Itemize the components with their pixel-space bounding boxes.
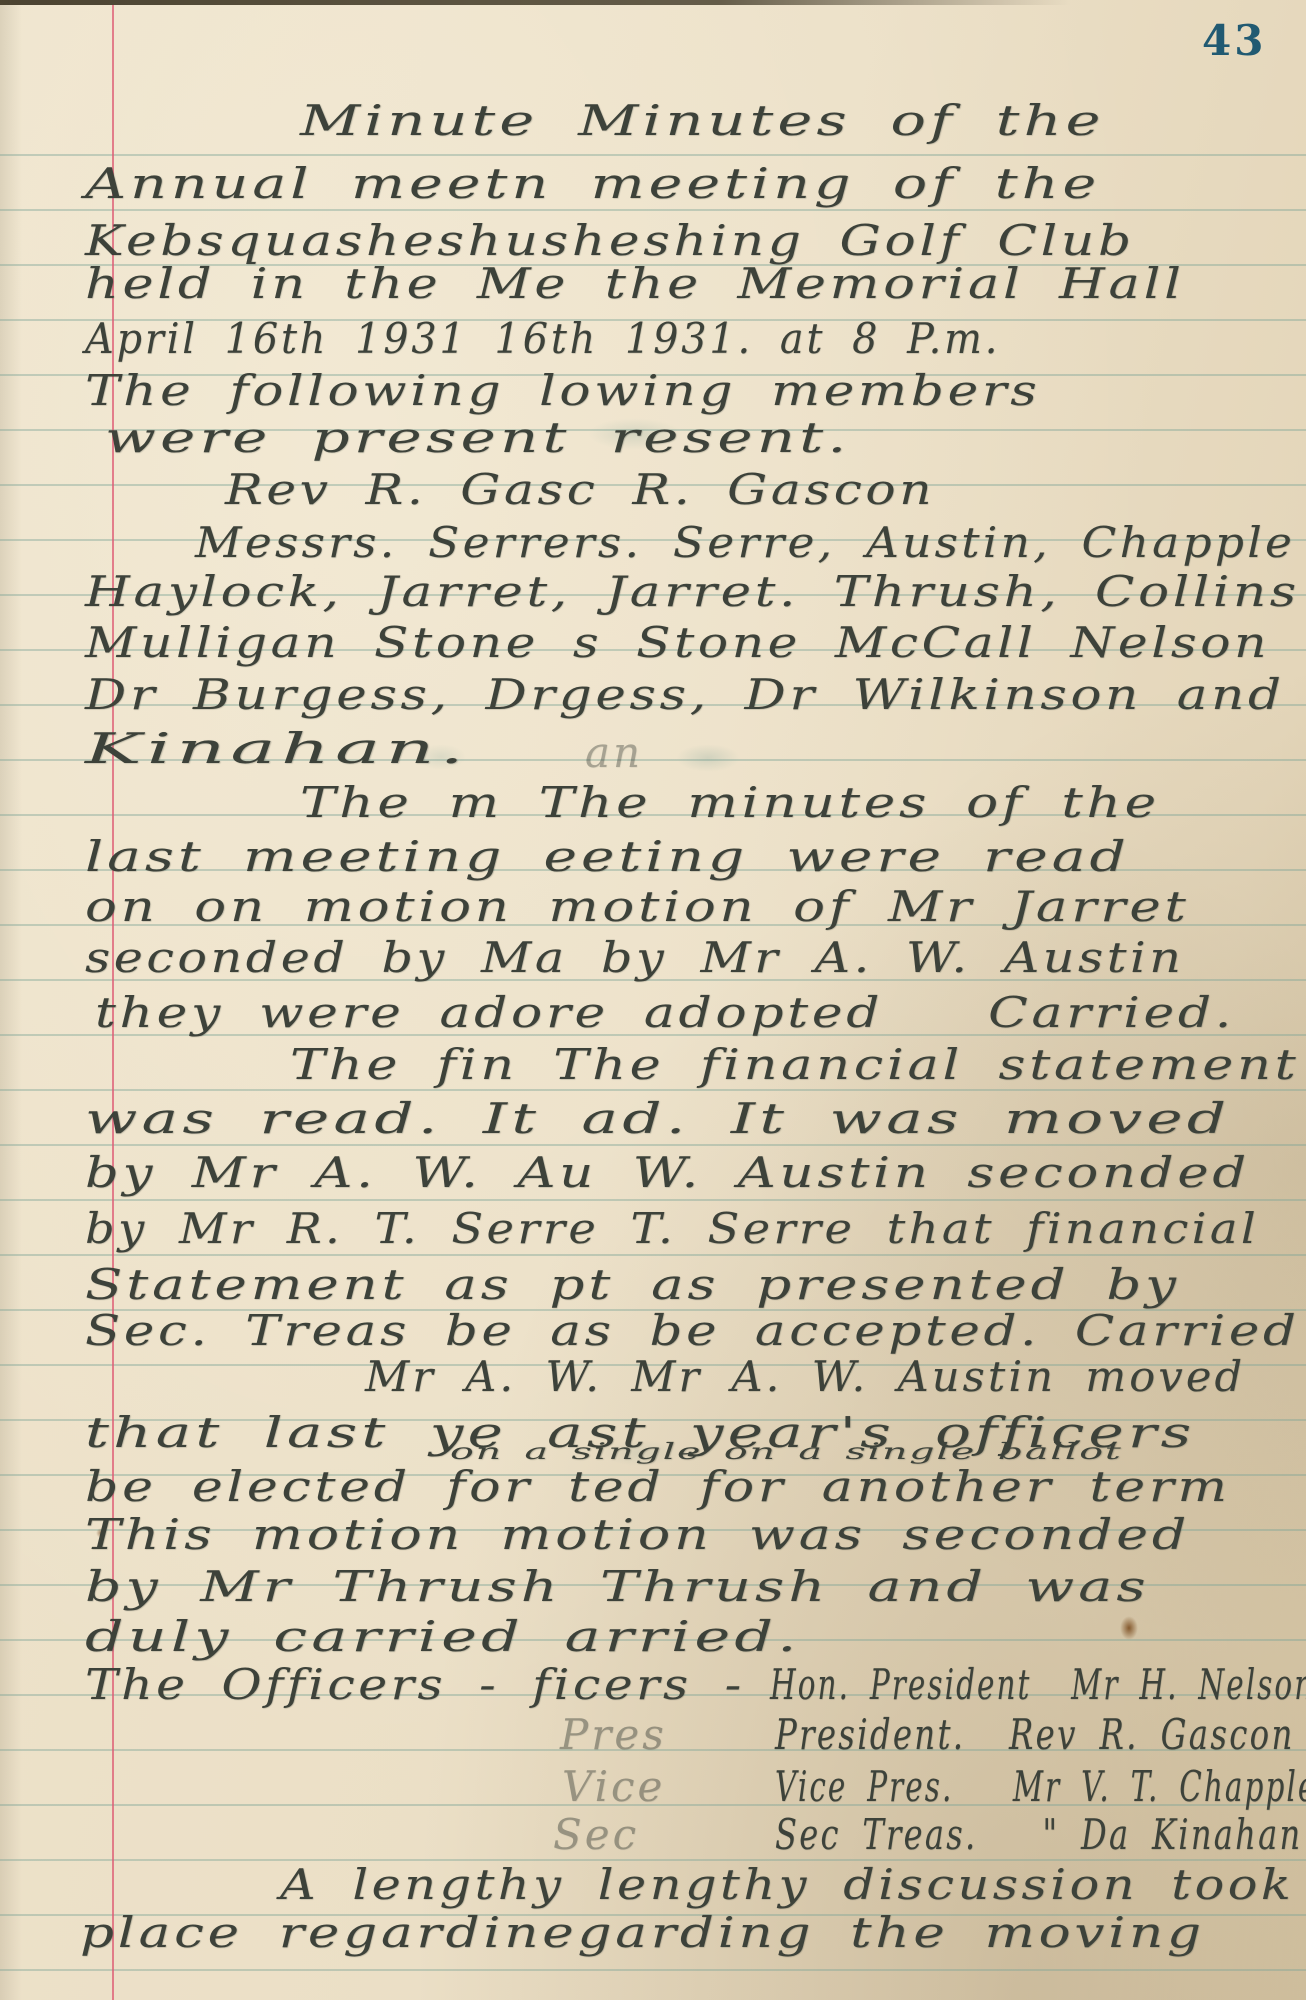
handwritten-line: Annual meetn meeting of the (85, 163, 1100, 205)
handwritten-line: held in the Me the Memorial Hall (85, 263, 1185, 305)
handwritten-line: were present resent. (105, 417, 850, 459)
handwritten-line: This motion motion was seconded (85, 1514, 1190, 1556)
handwritten-line: Kebsquasheshusheshing Golf Club (85, 220, 1135, 262)
handwritten-line: Hon. President Mr H. Nelson (770, 1664, 1306, 1706)
handwritten-line: Sec Treas. " Da Kinahan (775, 1814, 1302, 1856)
handwritten-line: The fin The financial statement (290, 1044, 1300, 1086)
handwritten-line: be elected for ted for another term (85, 1466, 1231, 1508)
notebook-page: 43 Minute Minutes of theAnnual meetn mee… (0, 0, 1306, 2000)
handwritten-line: last meeting eeting were read (85, 836, 1130, 878)
ghost-word: an (585, 732, 643, 774)
handwritten-line: by Mr A. W. Au W. Austin seconded (85, 1152, 1250, 1194)
handwritten-line: place regardinegarding the moving (80, 1912, 1205, 1954)
handwritten-line: President. Rev R. Gascon (775, 1714, 1295, 1756)
handwritten-line: Dr Burgess, Drgess, Dr Wilkinson and (85, 674, 1285, 716)
handwritten-line: seconded by Ma by Mr A. W. Austin (85, 937, 1184, 979)
ghost-word: Vice (562, 1766, 665, 1808)
handwritten-line: on on motion motion of Mr Jarret (85, 886, 1190, 928)
handwritten-line: A lengthy lengthy discussion took (280, 1864, 1294, 1906)
handwritten-line: they were adore adopted Carried. (95, 992, 1235, 1034)
handwritten-line: The Officers - ficers - (85, 1664, 745, 1706)
handwritten-line: on a single on a single ballot (450, 1442, 1123, 1464)
handwritten-line: Minute Minutes of the (300, 100, 1105, 142)
handwritten-line: Sec. Treas be as be accepted. Carried (85, 1310, 1300, 1352)
handwritten-line: was read. It ad. It was moved (85, 1098, 1230, 1140)
handwritten-line: Rev R. Gasc R. Gascon (225, 469, 935, 511)
handwritten-line: April 16th 1931 16th 1931. at 8 P.m. (85, 318, 1000, 360)
handwritten-line: Haylock, Jarret, Jarret. Thrush, Collins (85, 571, 1300, 613)
handwritten-line: Kinahan. (85, 728, 469, 770)
handwritten-line: by Mr R. T. Serre T. Serre that financia… (85, 1208, 1259, 1250)
handwritten-line: by Mr Thrush Thrush and was (85, 1566, 1150, 1608)
handwritten-line: Mr A. W. Mr A. W. Austin moved (365, 1356, 1245, 1398)
handwriting-layer: Minute Minutes of theAnnual meetn meetin… (0, 0, 1306, 2000)
handwritten-line: Messrs. Serrers. Serre, Austin, Chapple (195, 522, 1295, 564)
ghost-word: Sec (553, 1814, 639, 1856)
handwritten-line: Statement as pt as presented by (85, 1264, 1180, 1306)
handwritten-line: The following lowing members (85, 370, 1041, 412)
handwritten-line: duly carried arried. (85, 1616, 801, 1658)
ghost-word: Pres (560, 1714, 667, 1756)
handwritten-line: The m The minutes of the (300, 782, 1160, 824)
handwritten-line: Mulligan Stone s Stone McCall Nelson (85, 622, 1270, 664)
handwritten-line: Vice Pres. Mr V. T. Chapple (775, 1766, 1306, 1808)
